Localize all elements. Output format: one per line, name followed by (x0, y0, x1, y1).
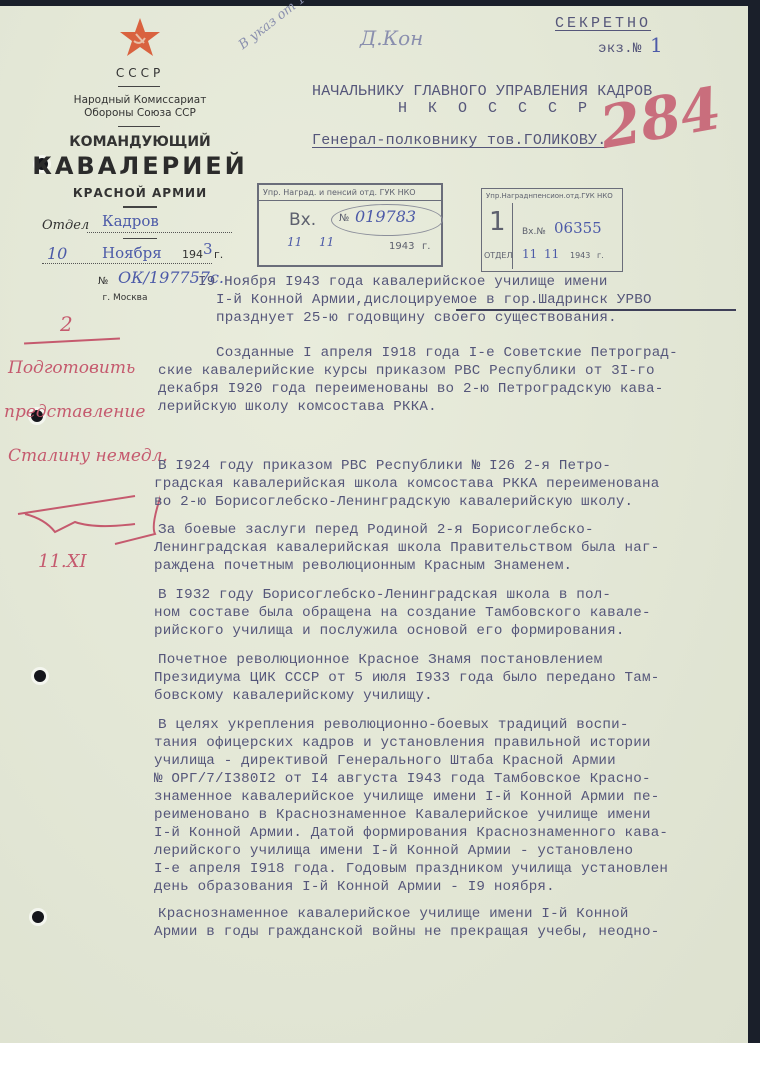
addressee-line-3: Генерал-полковнику тов.ГОЛИКОВУ. (312, 132, 606, 149)
body-line: градская кавалерийская школа комсостава … (154, 476, 659, 492)
body-line: бовскому кавалерийскому училищу. (154, 688, 433, 704)
addressee-line-2: Н К О С С С Р (398, 100, 593, 117)
margin-resolution-2: представление (4, 402, 145, 422)
body-line: во 2-ю Борисоглебско-Ленинградскую кавал… (154, 494, 633, 510)
copy-number-value: 1 (650, 33, 663, 57)
body-line: празднует 25-ю годовщину своего существо… (216, 310, 617, 326)
body-line: № ОРГ/7/I380I2 от I4 августа I943 года Т… (154, 771, 651, 787)
red-star-hammer-sickle-icon (118, 16, 162, 60)
body-line: знаменное кавалерийское училище имени I-… (154, 789, 659, 805)
body-line: I9 Ноября I943 года кавалерийское училищ… (198, 274, 608, 290)
margin-num: 2 (60, 312, 73, 336)
body-line: реименовано в Краснознаменное Кавалерийс… (154, 807, 651, 823)
body-line: лерийского училища имени I-й Конной Арми… (154, 843, 633, 859)
copy-number-label: экз.№ (598, 41, 642, 57)
body-line: ном составе была обращена на создание Та… (154, 605, 651, 621)
letterhead-title-2: КАВАЛЕРИЕЙ (25, 152, 255, 180)
divider (118, 126, 160, 127)
pencil-signature: Д.Кон (360, 26, 423, 50)
body-line: Ленинградская кавалерийская школа Правит… (154, 540, 659, 556)
body-line: ские кавалерийские курсы приказом РВС Ре… (158, 363, 655, 379)
divider (123, 206, 157, 208)
margin-resolution-1: Подготовить (8, 358, 135, 378)
body-line: день образования I-й Конной Армии - I9 н… (154, 879, 555, 895)
body-line: I-й Конной Армии,дислоцируемое в гор.Шад… (216, 292, 652, 308)
body-line: Почетное революционное Красное Знамя пос… (158, 652, 602, 668)
body-line: Армии в годы гражданской войны не прекра… (154, 924, 659, 940)
body-line: тания офицерских кадров и установления п… (154, 735, 651, 751)
letterhead-title-1: КОМАНДУЮЩИЙ (40, 134, 240, 150)
margin-date: 11.XI (38, 551, 87, 572)
body-line: Созданные I апреля I918 года I-е Советск… (216, 345, 678, 361)
red-signature (15, 484, 160, 554)
letterhead-title-3: КРАСНОЙ АРМИИ (40, 186, 240, 200)
pencil-annotation: В указ от 18.11.43 (236, 0, 356, 53)
body-line: За боевые заслуги перед Родиной 2-я Бори… (158, 522, 594, 538)
body-line: В I924 году приказом РВС Республики № I2… (158, 458, 611, 474)
date-field: 10 Ноября 194 3 г. (42, 244, 242, 266)
letterhead-city: г. Москва (85, 293, 165, 303)
body-line: I-й Конной Армии. Датой формирования Кра… (154, 825, 668, 841)
letterhead-country: СССР (60, 66, 220, 80)
margin-line (24, 337, 120, 344)
body-line: декабря I920 года переименованы во 2-ю П… (158, 381, 663, 397)
incoming-stamp: Упр. Наград. и пенсий отд. ГУК НКО Вх. №… (257, 183, 443, 267)
body-line: лерийскую школу комсостава РККА. (158, 399, 437, 415)
letterhead-ministry: Народный Комиссариат Обороны Союза ССР (40, 94, 240, 120)
body-line: I-е апреля I918 года. Годовым праздником… (154, 861, 668, 877)
body-line: В I932 году Борисоглебско-Ленинградская … (158, 587, 611, 603)
document-page: СССР Народный Комиссариат Обороны Союза … (0, 6, 748, 1043)
punch-hole (34, 670, 46, 682)
divider (118, 86, 160, 87)
secret-label: СЕКРЕТНО (555, 15, 651, 32)
body-line: училища - директивой Генерального Штаба … (154, 753, 616, 769)
punch-hole (32, 911, 44, 923)
body-line: В целях укрепления революционно-боевых т… (158, 717, 629, 733)
divider (123, 238, 157, 239)
margin-resolution-3: Сталину немедл. (8, 446, 168, 466)
body-line: Краснознаменное кавалерийское училище им… (158, 906, 629, 922)
body-line: рийского училища и послужила основой его… (154, 623, 625, 639)
department-stamp: Упр.Награднпенсион.отд.ГУК НКО 1 ОТДЕЛ В… (481, 188, 623, 272)
body-line: раждена почетным революционным Красным З… (154, 558, 572, 574)
body-line: Президиума ЦИК СССР от 5 июля I933 года … (154, 670, 659, 686)
department-field: Отдел Кадров (42, 216, 232, 236)
